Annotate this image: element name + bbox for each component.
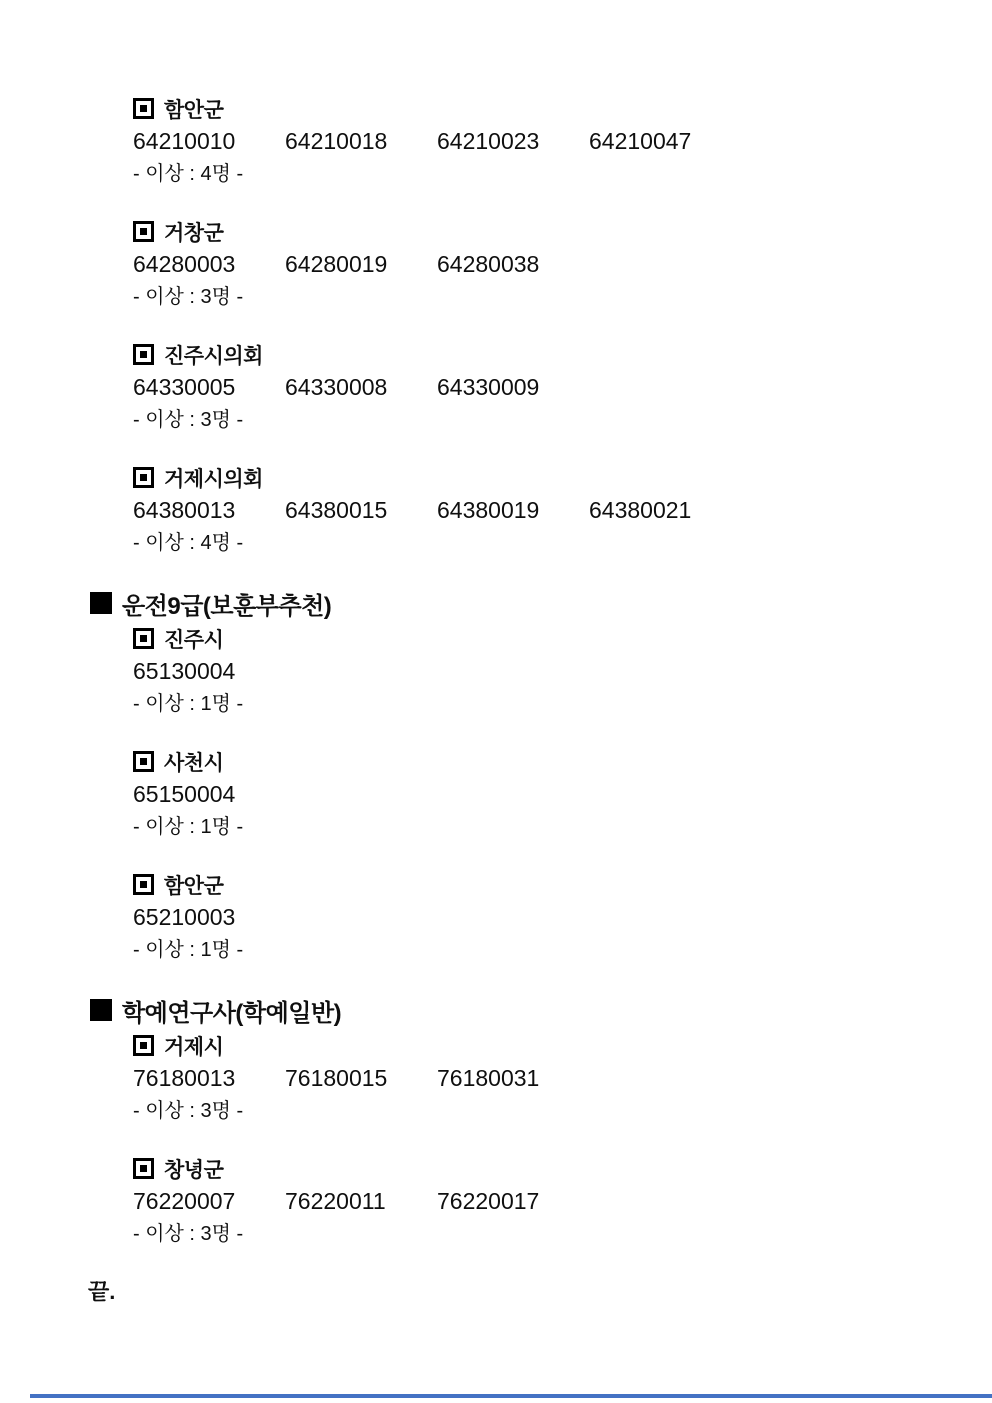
candidate-number: 64380015	[285, 497, 437, 524]
subsection-header: 창녕군	[133, 1152, 992, 1185]
candidate-number: 64280038	[437, 251, 589, 278]
candidate-number: 76180015	[285, 1065, 437, 1092]
candidate-number-row: 76180013 76180015 76180031	[133, 1062, 992, 1095]
subsection-header: 함안군	[133, 92, 992, 125]
subsection-name: 거제시의회	[164, 463, 263, 493]
candidate-number: 64210047	[589, 128, 741, 155]
subsection-marker-icon	[133, 751, 154, 772]
candidate-number: 64330005	[133, 374, 285, 401]
candidate-number: 65130004	[133, 658, 285, 685]
subsection-marker-icon	[133, 1158, 154, 1179]
candidate-number-row: 65150004	[133, 778, 992, 811]
count-label: - 이상 : 1명 -	[133, 811, 992, 844]
candidate-number: 64210010	[133, 128, 285, 155]
subsection-header: 거제시	[133, 1029, 992, 1062]
candidate-number: 65150004	[133, 781, 285, 808]
candidate-number: 65210003	[133, 904, 285, 931]
candidate-number: 64330009	[437, 374, 589, 401]
count-label: - 이상 : 3명 -	[133, 1095, 992, 1128]
subsection-haman: 함안군 64210010 64210018 64210023 64210047 …	[133, 92, 992, 191]
subsection-name: 진주시의회	[164, 340, 263, 370]
section-title-text: 학예연구사(학예일반)	[122, 993, 341, 1028]
subsection-geochang: 거창군 64280003 64280019 64280038 - 이상 : 3명…	[133, 215, 992, 314]
section-title-text: 운전9급(보훈부추천)	[122, 586, 331, 621]
count-label: - 이상 : 4명 -	[133, 527, 992, 560]
count-label: - 이상 : 3명 -	[133, 281, 992, 314]
subsection-name: 함안군	[164, 870, 223, 900]
subsection-jinju: 진주시 65130004 - 이상 : 1명 -	[133, 622, 992, 721]
subsection-header: 거창군	[133, 215, 992, 248]
section-title-curator: 학예연구사(학예일반)	[90, 991, 992, 1029]
count-label: - 이상 : 4명 -	[133, 158, 992, 191]
candidate-number: 76220007	[133, 1188, 285, 1215]
candidate-number: 64210018	[285, 128, 437, 155]
candidate-number-row: 64380013 64380015 64380019 64380021	[133, 494, 992, 527]
candidate-number-row: 65210003	[133, 901, 992, 934]
subsection-name: 거창군	[164, 217, 223, 247]
subsection-marker-icon	[133, 874, 154, 895]
document-content: 함안군 64210010 64210018 64210023 64210047 …	[0, 0, 992, 1308]
subsection-name: 거제시	[164, 1031, 223, 1061]
candidate-number-row: 65130004	[133, 655, 992, 688]
section-marker-icon	[90, 999, 112, 1021]
section-title-driver9: 운전9급(보훈부추천)	[90, 584, 992, 622]
candidate-number: 64280003	[133, 251, 285, 278]
candidate-number-row: 76220007 76220011 76220017	[133, 1185, 992, 1218]
subsection-marker-icon	[133, 98, 154, 119]
count-label: - 이상 : 3명 -	[133, 1218, 992, 1251]
candidate-number: 64280019	[285, 251, 437, 278]
candidate-number: 76180031	[437, 1065, 589, 1092]
count-label: - 이상 : 1명 -	[133, 934, 992, 967]
subsection-marker-icon	[133, 467, 154, 488]
subsection-marker-icon	[133, 344, 154, 365]
candidate-number-row: 64210010 64210018 64210023 64210047	[133, 125, 992, 158]
candidate-number-row: 64280003 64280019 64280038	[133, 248, 992, 281]
candidate-number: 64330008	[285, 374, 437, 401]
subsection-name: 창녕군	[164, 1154, 223, 1184]
end-label: 끝.	[88, 1275, 992, 1308]
candidate-number: 64380019	[437, 497, 589, 524]
count-label: - 이상 : 3명 -	[133, 404, 992, 437]
subsection-header: 함안군	[133, 868, 992, 901]
count-label: - 이상 : 1명 -	[133, 688, 992, 721]
section-marker-icon	[90, 592, 112, 614]
candidate-number: 64380021	[589, 497, 741, 524]
document-page: 함안군 64210010 64210018 64210023 64210047 …	[0, 0, 992, 1403]
subsection-marker-icon	[133, 221, 154, 242]
candidate-number-row: 64330005 64330008 64330009	[133, 371, 992, 404]
subsection-sacheon: 사천시 65150004 - 이상 : 1명 -	[133, 745, 992, 844]
candidate-number: 64380013	[133, 497, 285, 524]
subsection-marker-icon	[133, 628, 154, 649]
candidate-number: 64210023	[437, 128, 589, 155]
subsection-name: 진주시	[164, 624, 223, 654]
subsection-header: 거제시의회	[133, 461, 992, 494]
subsection-header: 진주시의회	[133, 338, 992, 371]
subsection-marker-icon	[133, 1035, 154, 1056]
candidate-number: 76180013	[133, 1065, 285, 1092]
subsection-name: 함안군	[164, 94, 223, 124]
subsection-geoje-council: 거제시의회 64380013 64380015 64380019 6438002…	[133, 461, 992, 560]
subsection-haman-2: 함안군 65210003 - 이상 : 1명 -	[133, 868, 992, 967]
subsection-name: 사천시	[164, 747, 223, 777]
subsection-header: 사천시	[133, 745, 992, 778]
candidate-number: 76220017	[437, 1188, 589, 1215]
footer-divider-line	[30, 1394, 992, 1398]
subsection-jinju-council: 진주시의회 64330005 64330008 64330009 - 이상 : …	[133, 338, 992, 437]
candidate-number: 76220011	[285, 1188, 437, 1215]
subsection-header: 진주시	[133, 622, 992, 655]
subsection-changnyeong: 창녕군 76220007 76220011 76220017 - 이상 : 3명…	[133, 1152, 992, 1251]
subsection-geoje: 거제시 76180013 76180015 76180031 - 이상 : 3명…	[133, 1029, 992, 1128]
